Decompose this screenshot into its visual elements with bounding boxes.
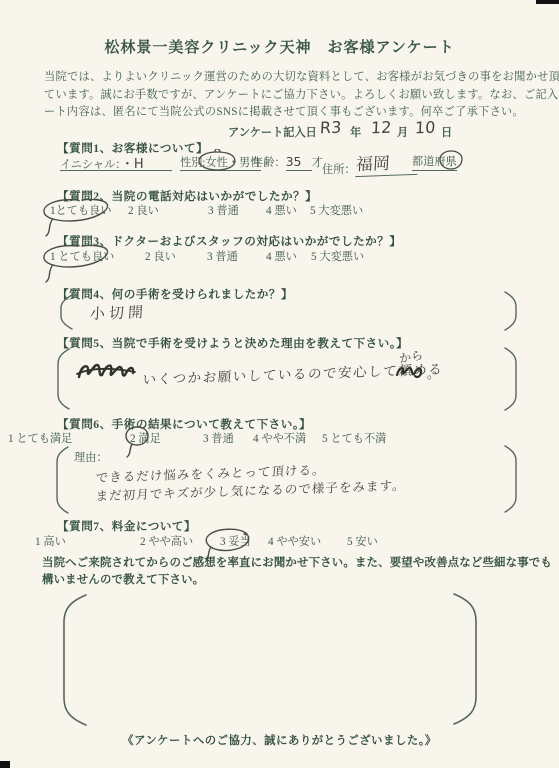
q3-option-5: 5 大変悪い bbox=[311, 248, 364, 264]
q4-bracket-left bbox=[58, 294, 76, 330]
q5-scribble-end bbox=[393, 364, 425, 382]
date-day-unit: 日 bbox=[441, 124, 452, 140]
gender-selection-circle bbox=[196, 149, 238, 173]
q1-address-value-handwritten: 福岡 bbox=[355, 148, 419, 177]
q4-bracket-right bbox=[503, 291, 521, 331]
q7-heading: 【質問7、料金について】 bbox=[57, 518, 196, 534]
q2-option-3: 3 普通 bbox=[208, 202, 239, 218]
q1-age-value-handwritten: 35 bbox=[286, 154, 312, 171]
q6-selection-circle bbox=[123, 424, 153, 458]
feedback-bracket-left bbox=[60, 594, 88, 726]
prefecture-selection-circle bbox=[438, 149, 464, 172]
q7-option-5: 5 安い bbox=[347, 533, 378, 549]
q6-bracket-right bbox=[503, 445, 521, 513]
feedback-note: 当院へご来院されてからのご感想を率直にお聞かせ下さい。また、要望や改善点など些細… bbox=[42, 555, 552, 589]
q7-option-4: 4 やや安い bbox=[268, 533, 321, 549]
q1-initial-value-handwritten: ・H bbox=[121, 157, 144, 172]
q1-age-field: 年齢：35才 bbox=[252, 153, 323, 171]
feedback-note-line-1: 当院へご来院されてからのご感想を率直にお聞かせ下さい。また、要望や改善点など些細… bbox=[42, 555, 552, 572]
q2-option-5: 5 大変悪い bbox=[310, 202, 363, 218]
q6-bracket-left bbox=[54, 446, 72, 514]
date-year-unit: 年 bbox=[350, 124, 361, 140]
date-label: アンケート記入日 bbox=[228, 124, 317, 140]
q4-answer-handwritten: 小切開 bbox=[89, 301, 147, 324]
intro-line-2: ています。誠にお手数ですが、アンケートにご協力下さい。よろしくお願い致します。な… bbox=[44, 87, 559, 105]
intro-line-1: 当院では、よりよいクリニック運営のための大切な資料として、お客様がお気づきの事を… bbox=[44, 69, 559, 87]
q6-option-5: 5 とても不満 bbox=[322, 430, 386, 446]
q1-initial-label: イニシャル： bbox=[60, 159, 121, 171]
q1-initial-field: イニシャル：・H bbox=[60, 153, 172, 171]
q1-address-field: 住所：福岡 bbox=[322, 153, 418, 180]
q6-option-4: 4 やや不満 bbox=[253, 430, 306, 446]
q3-selection-circle bbox=[38, 242, 118, 284]
closing-message: 《アンケートへのご協力、誠にありがとうございました。》 bbox=[0, 732, 559, 748]
q4-heading: 【質問4、何の手術を受けられましたか？】 bbox=[57, 286, 293, 302]
q7-option-1: 1 高い bbox=[35, 533, 66, 549]
q7-option-2: 2 やや高い bbox=[140, 533, 193, 549]
date-day-value-handwritten: 10 bbox=[414, 118, 435, 138]
q5-bracket-right bbox=[503, 347, 521, 411]
q5-heading: 【質問5、当院で手術を受けようと決めた理由を教えて下さい。】 bbox=[57, 335, 408, 351]
q2-option-2: 2 良い bbox=[128, 202, 159, 218]
q3-option-2: 2 良い bbox=[145, 248, 176, 264]
q3-option-4: 4 悪い bbox=[266, 248, 297, 264]
feedback-note-line-2: 構いませんので教えて下さい。 bbox=[42, 572, 552, 589]
scanned-survey-page: 松林景一美容クリニック天神 お客様アンケート 当院では、よりよいクリニック運営の… bbox=[0, 0, 559, 768]
q6-reason-label: 理由： bbox=[74, 449, 108, 465]
date-month-value-handwritten: 12 bbox=[370, 118, 391, 138]
scan-artifact-top-right bbox=[536, 0, 559, 4]
date-year-value-handwritten: R3 bbox=[319, 118, 341, 138]
q5-scribble-start bbox=[74, 360, 138, 386]
q2-selection-circle bbox=[38, 196, 118, 238]
feedback-bracket-right bbox=[452, 593, 480, 725]
q6-option-3: 3 普通 bbox=[203, 430, 234, 446]
intro-line-3: ート内容は、匿名にて当院公式のSNSに掲載させて頂く事もございます。何卒ご了承下… bbox=[44, 104, 559, 122]
page-title: 松林景一美容クリニック天神 お客様アンケート bbox=[0, 36, 559, 57]
q1-age-label: 年齢： bbox=[252, 157, 286, 169]
q5-bracket-left bbox=[55, 348, 73, 410]
intro-paragraph: 当院では、よりよいクリニック運営のための大切な資料として、お客様がお気づきの事を… bbox=[44, 69, 559, 122]
q6-option-1: 1 とても満足 bbox=[8, 430, 72, 446]
scan-artifact-bottom-left bbox=[0, 761, 10, 768]
q2-option-4: 4 悪い bbox=[266, 202, 297, 218]
date-month-unit: 月 bbox=[397, 124, 408, 140]
q3-option-3: 3 普通 bbox=[207, 248, 238, 264]
q1-address-label: 住所： bbox=[322, 164, 356, 176]
q5-answer-period-handwritten: 。 bbox=[427, 363, 440, 382]
